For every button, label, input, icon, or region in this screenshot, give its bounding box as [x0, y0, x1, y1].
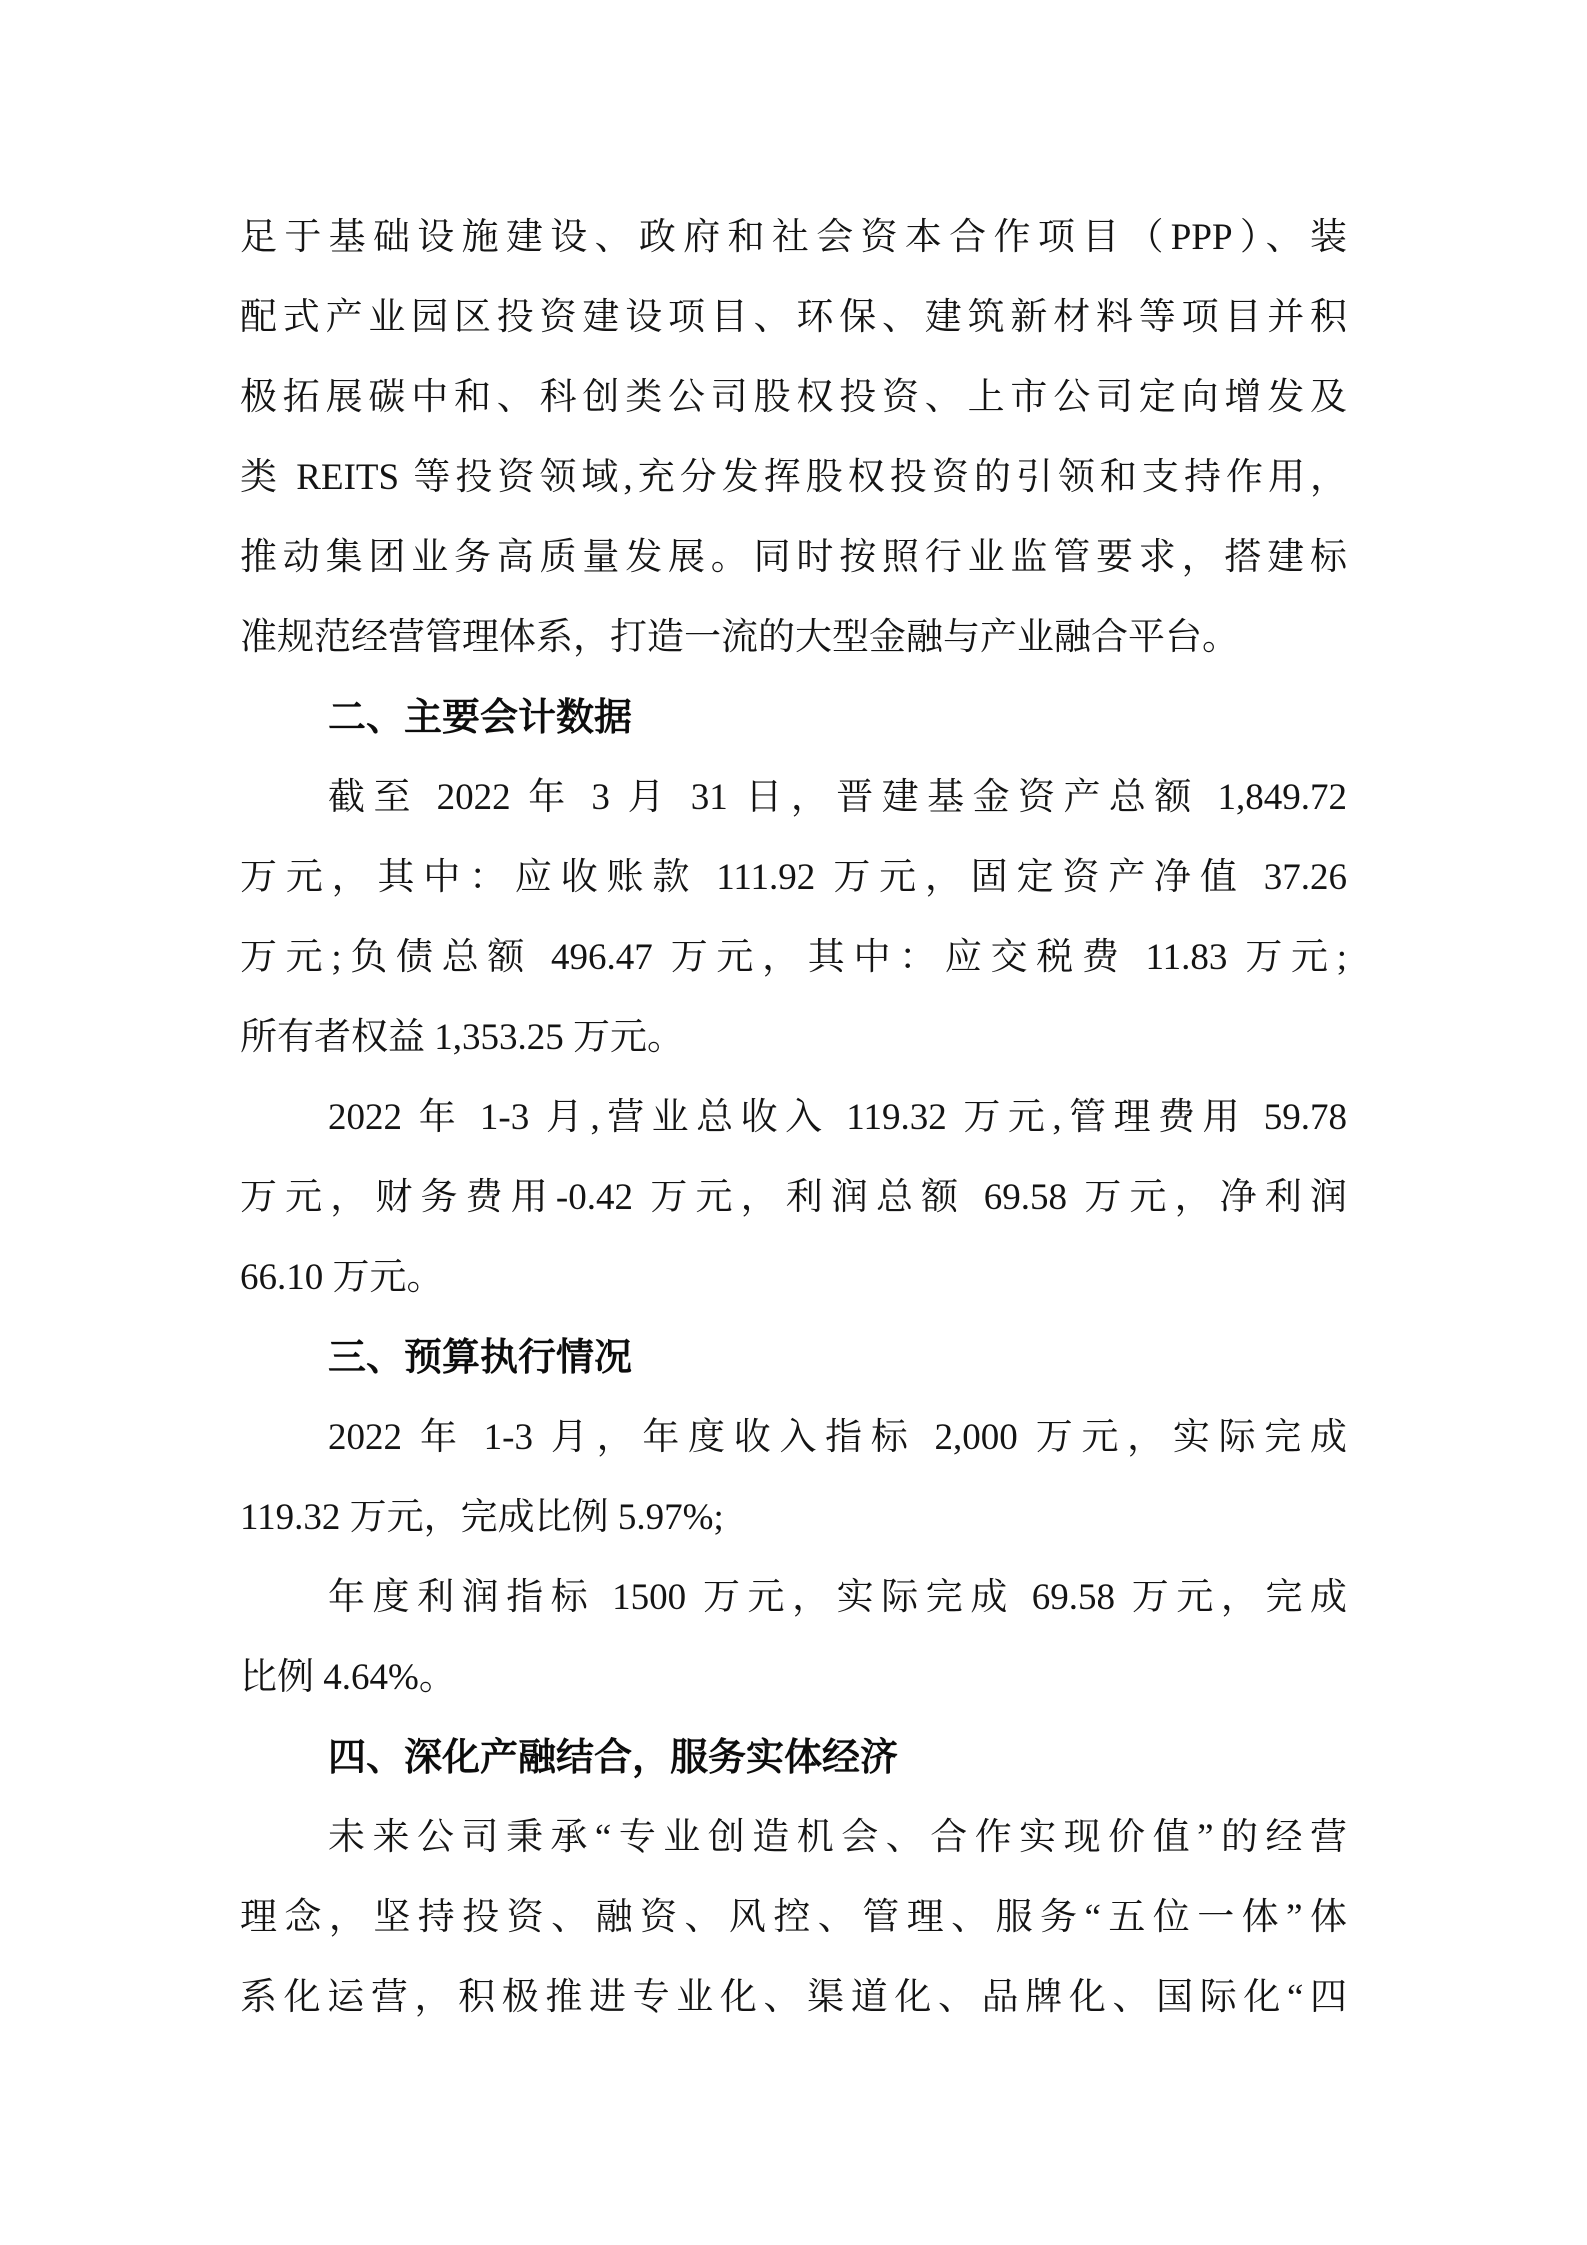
- paragraph-line: 万元，财务费用-0.42 万元，利润总额 69.58 万元，净利润: [240, 1158, 1347, 1238]
- section-heading-line: 二、主要会计数据: [240, 678, 1347, 758]
- paragraph-line: 理念，坚持投资、融资、风控、管理、服务“五位一体”体: [240, 1878, 1347, 1958]
- paragraph-line: 所有者权益 1,353.25 万元。: [240, 998, 1347, 1078]
- paragraph-line: 比例 4.64%。: [240, 1638, 1347, 1718]
- paragraph-line: 万元，其中：应收账款 111.92 万元，固定资产净值 37.26: [240, 838, 1347, 918]
- text-block: 足于基础设施建设、政府和社会资本合作项目（PPP）、装配式产业园区投资建设项目、…: [240, 198, 1347, 2038]
- paragraph-line: 类 REITS 等投资领域,充分发挥股权投资的引领和支持作用，: [240, 438, 1347, 518]
- paragraph-line: 万元;负债总额 496.47 万元，其中：应交税费 11.83 万元;: [240, 918, 1347, 998]
- paragraph-line: 截至 2022 年 3 月 31 日，晋建基金资产总额 1,849.72: [240, 758, 1347, 838]
- paragraph-line: 未来公司秉承“专业创造机会、合作实现价值”的经营: [240, 1798, 1347, 1878]
- paragraph-line: 准规范经营管理体系，打造一流的大型金融与产业融合平台。: [240, 598, 1347, 678]
- paragraph-line: 推动集团业务高质量发展。同时按照行业监管要求，搭建标: [240, 518, 1347, 598]
- paragraph-line: 年度利润指标 1500 万元，实际完成 69.58 万元，完成: [240, 1558, 1347, 1638]
- paragraph-line: 2022 年 1-3 月，年度收入指标 2,000 万元，实际完成: [240, 1398, 1347, 1478]
- paragraph-line: 极拓展碳中和、科创类公司股权投资、上市公司定向增发及: [240, 358, 1347, 438]
- paragraph-line: 66.10 万元。: [240, 1238, 1347, 1318]
- paragraph-line: 系化运营，积极推进专业化、渠道化、品牌化、国际化“四: [240, 1958, 1347, 2038]
- section-heading-line: 四、深化产融结合，服务实体经济: [240, 1718, 1347, 1798]
- paragraph-line: 119.32 万元，完成比例 5.97%;: [240, 1478, 1347, 1558]
- paragraph-line: 配式产业园区投资建设项目、环保、建筑新材料等项目并积: [240, 278, 1347, 358]
- document-page: 足于基础设施建设、政府和社会资本合作项目（PPP）、装配式产业园区投资建设项目、…: [0, 0, 1587, 2245]
- paragraph-line: 足于基础设施建设、政府和社会资本合作项目（PPP）、装: [240, 198, 1347, 278]
- section-heading-line: 三、预算执行情况: [240, 1318, 1347, 1398]
- paragraph-line: 2022 年 1-3 月,营业总收入 119.32 万元,管理费用 59.78: [240, 1078, 1347, 1158]
